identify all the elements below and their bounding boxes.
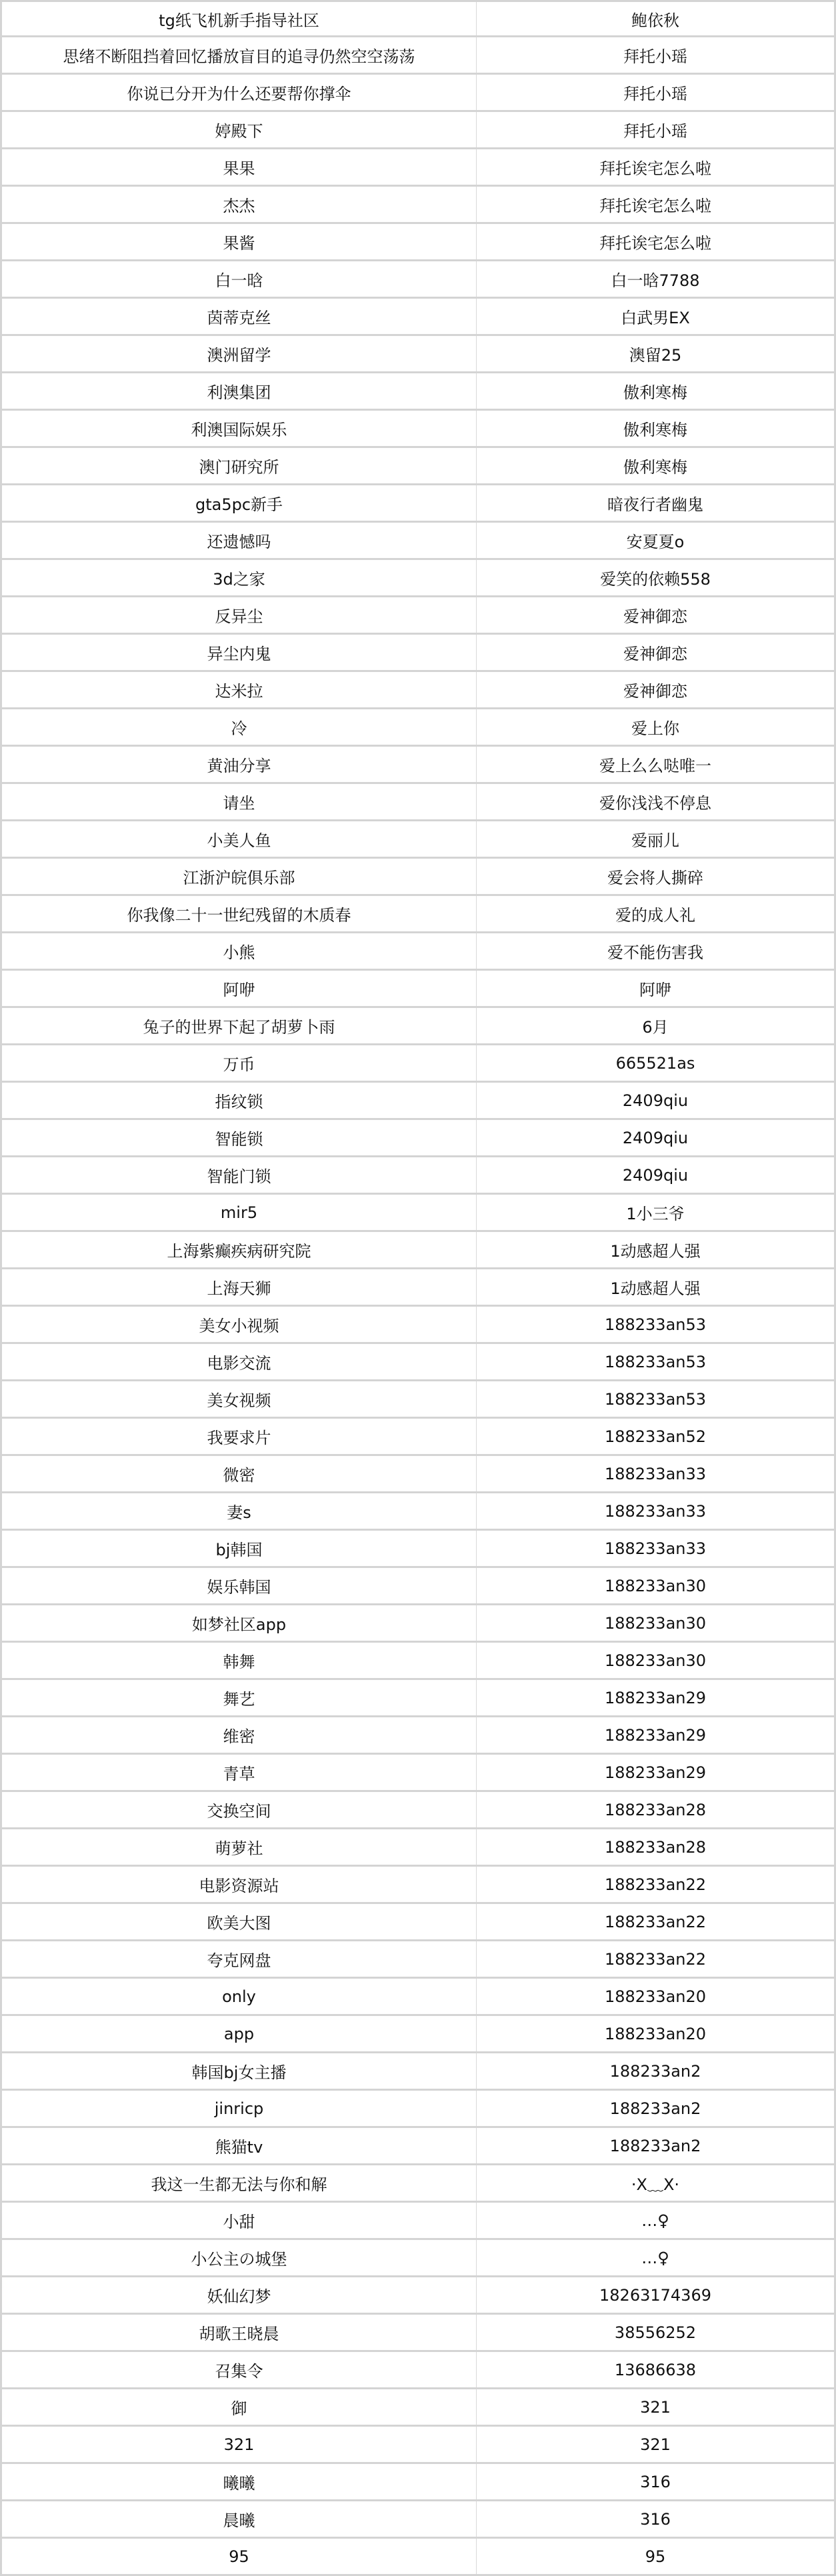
group-name-cell: jinricp bbox=[2, 2091, 477, 2126]
owner-name-cell: 188233an22 bbox=[477, 1904, 834, 1939]
owner-name-cell: 爱丽儿 bbox=[477, 821, 834, 857]
table-row: 韩舞188233an30 bbox=[2, 1643, 834, 1680]
table-row: 韩国bj女主播188233an2 bbox=[2, 2053, 834, 2091]
table-row: 微密188233an33 bbox=[2, 1456, 834, 1493]
table-row: 召集令13686638 bbox=[2, 2352, 834, 2389]
owner-name-cell: 188233an2 bbox=[477, 2053, 834, 2089]
table-row: 果果拜托诶宅怎么啦 bbox=[2, 149, 834, 187]
table-row: app188233an20 bbox=[2, 2016, 834, 2053]
table-row: 反异尘爱神御恋 bbox=[2, 597, 834, 635]
group-name-cell: 上海天狮 bbox=[2, 1269, 477, 1305]
group-name-cell: 95 bbox=[2, 2539, 477, 2574]
group-name-cell: 3d之家 bbox=[2, 560, 477, 595]
table-row: 晨曦316 bbox=[2, 2501, 834, 2539]
owner-name-cell: 白一晗7788 bbox=[477, 261, 834, 297]
group-name-cell: 反异尘 bbox=[2, 597, 477, 633]
table-row: 夸克网盘188233an22 bbox=[2, 1941, 834, 1979]
owner-name-cell: 白武男EX bbox=[477, 299, 834, 334]
table-row: 白一晗白一晗7788 bbox=[2, 261, 834, 299]
table-row: 上海紫癫疾病研究院1动感超人强 bbox=[2, 1232, 834, 1269]
table-row: 美女小视频188233an53 bbox=[2, 1307, 834, 1344]
owner-name-cell: 188233an28 bbox=[477, 1792, 834, 1827]
group-name-cell: bj韩国 bbox=[2, 1531, 477, 1566]
owner-name-cell: 188233an2 bbox=[477, 2091, 834, 2126]
table-row: 智能门锁2409qiu bbox=[2, 1157, 834, 1195]
group-name-cell: 请坐 bbox=[2, 784, 477, 819]
table-row: 请坐爱你浅浅不停息 bbox=[2, 784, 834, 821]
group-name-cell: 维密 bbox=[2, 1717, 477, 1753]
group-name-cell: 澳洲留学 bbox=[2, 336, 477, 371]
owner-name-cell: 95 bbox=[477, 2539, 834, 2574]
owner-name-cell: 188233an30 bbox=[477, 1643, 834, 1678]
table-row: jinricp188233an2 bbox=[2, 2091, 834, 2128]
owner-name-cell: 爱神御恋 bbox=[477, 597, 834, 633]
group-name-cell: tg纸飞机新手指导社区 bbox=[2, 2, 477, 35]
owner-name-cell: 188233an33 bbox=[477, 1531, 834, 1566]
owner-name-cell: 321 bbox=[477, 2389, 834, 2425]
owner-name-cell: …♀ bbox=[477, 2240, 834, 2275]
table-row: 交换空间188233an28 bbox=[2, 1792, 834, 1829]
group-name-cell: 如梦社区app bbox=[2, 1605, 477, 1641]
owner-name-cell: 13686638 bbox=[477, 2352, 834, 2387]
table-row: 江浙沪皖俱乐部爱会将人撕碎 bbox=[2, 859, 834, 896]
table-row: 9595 bbox=[2, 2539, 834, 2576]
owner-name-cell: 188233an52 bbox=[477, 1419, 834, 1454]
owner-name-cell: 拜托小瑶 bbox=[477, 112, 834, 147]
owner-name-cell: 爱你浅浅不停息 bbox=[477, 784, 834, 819]
table-row: mir51小三爷 bbox=[2, 1195, 834, 1232]
owner-name-cell: 1动感超人强 bbox=[477, 1269, 834, 1305]
table-row: 曦曦316 bbox=[2, 2464, 834, 2501]
table-row: tg纸飞机新手指导社区鲍依秋 bbox=[2, 2, 834, 37]
table-row: 欧美大图188233an22 bbox=[2, 1904, 834, 1941]
owner-name-cell: 188233an29 bbox=[477, 1717, 834, 1753]
table-row: 小熊爱不能伤害我 bbox=[2, 933, 834, 971]
group-name-cell: 澳门研究所 bbox=[2, 448, 477, 483]
table-row: 果酱拜托诶宅怎么啦 bbox=[2, 224, 834, 261]
table-row: 达米拉爱神御恋 bbox=[2, 672, 834, 709]
owner-name-cell: 1小三爷 bbox=[477, 1195, 834, 1230]
table-row: 胡歌王晓晨38556252 bbox=[2, 2315, 834, 2352]
table-row: 小美人鱼爱丽儿 bbox=[2, 821, 834, 859]
table-row: 电影资源站188233an22 bbox=[2, 1867, 834, 1904]
group-name-cell: 你我像二十一世纪残留的木质春 bbox=[2, 896, 477, 931]
owner-name-cell: 爱神御恋 bbox=[477, 635, 834, 670]
owner-name-cell: 316 bbox=[477, 2501, 834, 2537]
owner-name-cell: 暗夜行者幽鬼 bbox=[477, 485, 834, 521]
group-name-cell: 妖仙幻梦 bbox=[2, 2277, 477, 2313]
table-row: 你我像二十一世纪残留的木质春爱的成人礼 bbox=[2, 896, 834, 933]
data-table: tg纸飞机新手指导社区鲍依秋思绪不断阻挡着回忆播放盲目的追寻仍然空空荡荡拜托小瑶… bbox=[0, 0, 836, 2576]
group-name-cell: only bbox=[2, 1979, 477, 2014]
owner-name-cell: 188233an53 bbox=[477, 1307, 834, 1342]
table-row: 杰杰拜托诶宅怎么啦 bbox=[2, 187, 834, 224]
group-name-cell: 利澳国际娱乐 bbox=[2, 411, 477, 446]
table-row: 熊猫tv188233an2 bbox=[2, 2128, 834, 2165]
table-row: 还遗憾吗安夏夏o bbox=[2, 523, 834, 560]
owner-name-cell: 188233an33 bbox=[477, 1456, 834, 1491]
group-name-cell: 黄油分享 bbox=[2, 747, 477, 782]
owner-name-cell: 188233an30 bbox=[477, 1568, 834, 1603]
table-row: 如梦社区app188233an30 bbox=[2, 1605, 834, 1643]
table-row: 婷殿下拜托小瑶 bbox=[2, 112, 834, 149]
table-row: 指纹锁2409qiu bbox=[2, 1083, 834, 1120]
group-name-cell: 娱乐韩国 bbox=[2, 1568, 477, 1603]
table-row: 妻s188233an33 bbox=[2, 1493, 834, 1531]
group-name-cell: 阿咿 bbox=[2, 971, 477, 1006]
group-name-cell: 思绪不断阻挡着回忆播放盲目的追寻仍然空空荡荡 bbox=[2, 37, 477, 73]
owner-name-cell: 321 bbox=[477, 2427, 834, 2462]
group-name-cell: 我要求片 bbox=[2, 1419, 477, 1454]
table-row: 你说已分开为什么还要帮你撑伞拜托小瑶 bbox=[2, 75, 834, 112]
group-name-cell: 舞艺 bbox=[2, 1680, 477, 1715]
owner-name-cell: 188233an29 bbox=[477, 1755, 834, 1790]
table-row: 利澳国际娱乐傲利寒梅 bbox=[2, 411, 834, 448]
group-name-cell: 万币 bbox=[2, 1045, 477, 1081]
group-name-cell: 美女小视频 bbox=[2, 1307, 477, 1342]
table-row: 阿咿阿咿 bbox=[2, 971, 834, 1008]
owner-name-cell: 188233an2 bbox=[477, 2128, 834, 2163]
group-name-cell: 微密 bbox=[2, 1456, 477, 1491]
table-row: 青草188233an29 bbox=[2, 1755, 834, 1792]
owner-name-cell: 2409qiu bbox=[477, 1120, 834, 1155]
group-name-cell: 果酱 bbox=[2, 224, 477, 259]
table-row: 兔子的世界下起了胡萝卜雨6月 bbox=[2, 1008, 834, 1045]
group-name-cell: 熊猫tv bbox=[2, 2128, 477, 2163]
owner-name-cell: 澳留25 bbox=[477, 336, 834, 371]
owner-name-cell: 拜托小瑶 bbox=[477, 37, 834, 73]
table-row: bj韩国188233an33 bbox=[2, 1531, 834, 1568]
group-name-cell: 婷殿下 bbox=[2, 112, 477, 147]
owner-name-cell: 傲利寒梅 bbox=[477, 373, 834, 409]
group-name-cell: 智能锁 bbox=[2, 1120, 477, 1155]
group-name-cell: 杰杰 bbox=[2, 187, 477, 222]
group-name-cell: 利澳集团 bbox=[2, 373, 477, 409]
group-name-cell: 小美人鱼 bbox=[2, 821, 477, 857]
owner-name-cell: 2409qiu bbox=[477, 1157, 834, 1193]
table-row: 异尘内鬼爱神御恋 bbox=[2, 635, 834, 672]
group-name-cell: mir5 bbox=[2, 1195, 477, 1230]
table-row: 冷爱上你 bbox=[2, 709, 834, 747]
table-row: 万币665521as bbox=[2, 1045, 834, 1083]
table-row: 智能锁2409qiu bbox=[2, 1120, 834, 1157]
owner-name-cell: 阿咿 bbox=[477, 971, 834, 1006]
table-row: 利澳集团傲利寒梅 bbox=[2, 373, 834, 411]
table-row: 妖仙幻梦18263174369 bbox=[2, 2277, 834, 2315]
group-name-cell: 曦曦 bbox=[2, 2464, 477, 2499]
group-name-cell: app bbox=[2, 2016, 477, 2051]
owner-name-cell: 爱会将人撕碎 bbox=[477, 859, 834, 894]
owner-name-cell: 665521as bbox=[477, 1045, 834, 1081]
owner-name-cell: 188233an29 bbox=[477, 1680, 834, 1715]
table-row: 澳洲留学澳留25 bbox=[2, 336, 834, 373]
owner-name-cell: 爱上么么哒唯一 bbox=[477, 747, 834, 782]
table-row: 电影交流188233an53 bbox=[2, 1344, 834, 1381]
owner-name-cell: 188233an33 bbox=[477, 1493, 834, 1529]
owner-name-cell: 爱不能伤害我 bbox=[477, 933, 834, 969]
owner-name-cell: …♀ bbox=[477, 2203, 834, 2238]
group-name-cell: 萌萝社 bbox=[2, 1829, 477, 1865]
table-row: 3d之家爱笑的依赖558 bbox=[2, 560, 834, 597]
owner-name-cell: 1动感超人强 bbox=[477, 1232, 834, 1267]
group-name-cell: 召集令 bbox=[2, 2352, 477, 2387]
group-name-cell: 青草 bbox=[2, 1755, 477, 1790]
group-name-cell: 你说已分开为什么还要帮你撑伞 bbox=[2, 75, 477, 110]
group-name-cell: 还遗憾吗 bbox=[2, 523, 477, 558]
group-name-cell: 欧美大图 bbox=[2, 1904, 477, 1939]
owner-name-cell: 爱神御恋 bbox=[477, 672, 834, 707]
owner-name-cell: ·X﹏X· bbox=[477, 2165, 834, 2201]
group-name-cell: 小公主の城堡 bbox=[2, 2240, 477, 2275]
table-row: 黄油分享爱上么么哒唯一 bbox=[2, 747, 834, 784]
group-name-cell: 我这一生都无法与你和解 bbox=[2, 2165, 477, 2201]
group-name-cell: 晨曦 bbox=[2, 2501, 477, 2537]
owner-name-cell: 188233an22 bbox=[477, 1941, 834, 1977]
group-name-cell: 胡歌王晓晨 bbox=[2, 2315, 477, 2350]
group-name-cell: 御 bbox=[2, 2389, 477, 2425]
table-row: 小甜…♀ bbox=[2, 2203, 834, 2240]
group-name-cell: 白一晗 bbox=[2, 261, 477, 297]
owner-name-cell: 爱上你 bbox=[477, 709, 834, 745]
group-name-cell: 美女视频 bbox=[2, 1381, 477, 1417]
group-name-cell: gta5pc新手 bbox=[2, 485, 477, 521]
table-row: 321321 bbox=[2, 2427, 834, 2464]
owner-name-cell: 188233an53 bbox=[477, 1381, 834, 1417]
owner-name-cell: 38556252 bbox=[477, 2315, 834, 2350]
table-row: 御321 bbox=[2, 2389, 834, 2427]
table-row: 维密188233an29 bbox=[2, 1717, 834, 1755]
table-row: gta5pc新手暗夜行者幽鬼 bbox=[2, 485, 834, 523]
group-name-cell: 茵蒂克丝 bbox=[2, 299, 477, 334]
group-name-cell: 交换空间 bbox=[2, 1792, 477, 1827]
group-name-cell: 异尘内鬼 bbox=[2, 635, 477, 670]
owner-name-cell: 安夏夏o bbox=[477, 523, 834, 558]
owner-name-cell: 188233an53 bbox=[477, 1344, 834, 1379]
group-name-cell: 智能门锁 bbox=[2, 1157, 477, 1193]
owner-name-cell: 188233an20 bbox=[477, 2016, 834, 2051]
owner-name-cell: 拜托诶宅怎么啦 bbox=[477, 187, 834, 222]
group-name-cell: 达米拉 bbox=[2, 672, 477, 707]
table-row: 美女视频188233an53 bbox=[2, 1381, 834, 1419]
group-name-cell: 兔子的世界下起了胡萝卜雨 bbox=[2, 1008, 477, 1043]
group-name-cell: 妻s bbox=[2, 1493, 477, 1529]
group-name-cell: 321 bbox=[2, 2427, 477, 2462]
table-row: 澳门研究所傲利寒梅 bbox=[2, 448, 834, 485]
group-name-cell: 江浙沪皖俱乐部 bbox=[2, 859, 477, 894]
owner-name-cell: 6月 bbox=[477, 1008, 834, 1043]
group-name-cell: 电影资源站 bbox=[2, 1867, 477, 1902]
table-row: 我要求片188233an52 bbox=[2, 1419, 834, 1456]
owner-name-cell: 316 bbox=[477, 2464, 834, 2499]
group-name-cell: 韩舞 bbox=[2, 1643, 477, 1678]
table-row: 思绪不断阻挡着回忆播放盲目的追寻仍然空空荡荡拜托小瑶 bbox=[2, 37, 834, 75]
table-row: only188233an20 bbox=[2, 1979, 834, 2016]
table-row: 小公主の城堡…♀ bbox=[2, 2240, 834, 2277]
group-name-cell: 韩国bj女主播 bbox=[2, 2053, 477, 2089]
table-row: 舞艺188233an29 bbox=[2, 1680, 834, 1717]
owner-name-cell: 188233an20 bbox=[477, 1979, 834, 2014]
owner-name-cell: 傲利寒梅 bbox=[477, 448, 834, 483]
owner-name-cell: 鲍依秋 bbox=[477, 2, 834, 35]
group-name-cell: 指纹锁 bbox=[2, 1083, 477, 1118]
owner-name-cell: 爱的成人礼 bbox=[477, 896, 834, 931]
group-name-cell: 夸克网盘 bbox=[2, 1941, 477, 1977]
owner-name-cell: 2409qiu bbox=[477, 1083, 834, 1118]
group-name-cell: 电影交流 bbox=[2, 1344, 477, 1379]
group-name-cell: 冷 bbox=[2, 709, 477, 745]
table-row: 我这一生都无法与你和解·X﹏X· bbox=[2, 2165, 834, 2203]
owner-name-cell: 188233an22 bbox=[477, 1867, 834, 1902]
group-name-cell: 果果 bbox=[2, 149, 477, 185]
owner-name-cell: 傲利寒梅 bbox=[477, 411, 834, 446]
group-name-cell: 小熊 bbox=[2, 933, 477, 969]
table-row: 娱乐韩国188233an30 bbox=[2, 1568, 834, 1605]
owner-name-cell: 188233an28 bbox=[477, 1829, 834, 1865]
owner-name-cell: 188233an30 bbox=[477, 1605, 834, 1641]
table-row: 萌萝社188233an28 bbox=[2, 1829, 834, 1867]
owner-name-cell: 拜托诶宅怎么啦 bbox=[477, 224, 834, 259]
owner-name-cell: 18263174369 bbox=[477, 2277, 834, 2313]
owner-name-cell: 拜托诶宅怎么啦 bbox=[477, 149, 834, 185]
table-row: 茵蒂克丝白武男EX bbox=[2, 299, 834, 336]
owner-name-cell: 拜托小瑶 bbox=[477, 75, 834, 110]
owner-name-cell: 爱笑的依赖558 bbox=[477, 560, 834, 595]
group-name-cell: 小甜 bbox=[2, 2203, 477, 2238]
group-name-cell: 上海紫癫疾病研究院 bbox=[2, 1232, 477, 1267]
table-row: 上海天狮1动感超人强 bbox=[2, 1269, 834, 1307]
